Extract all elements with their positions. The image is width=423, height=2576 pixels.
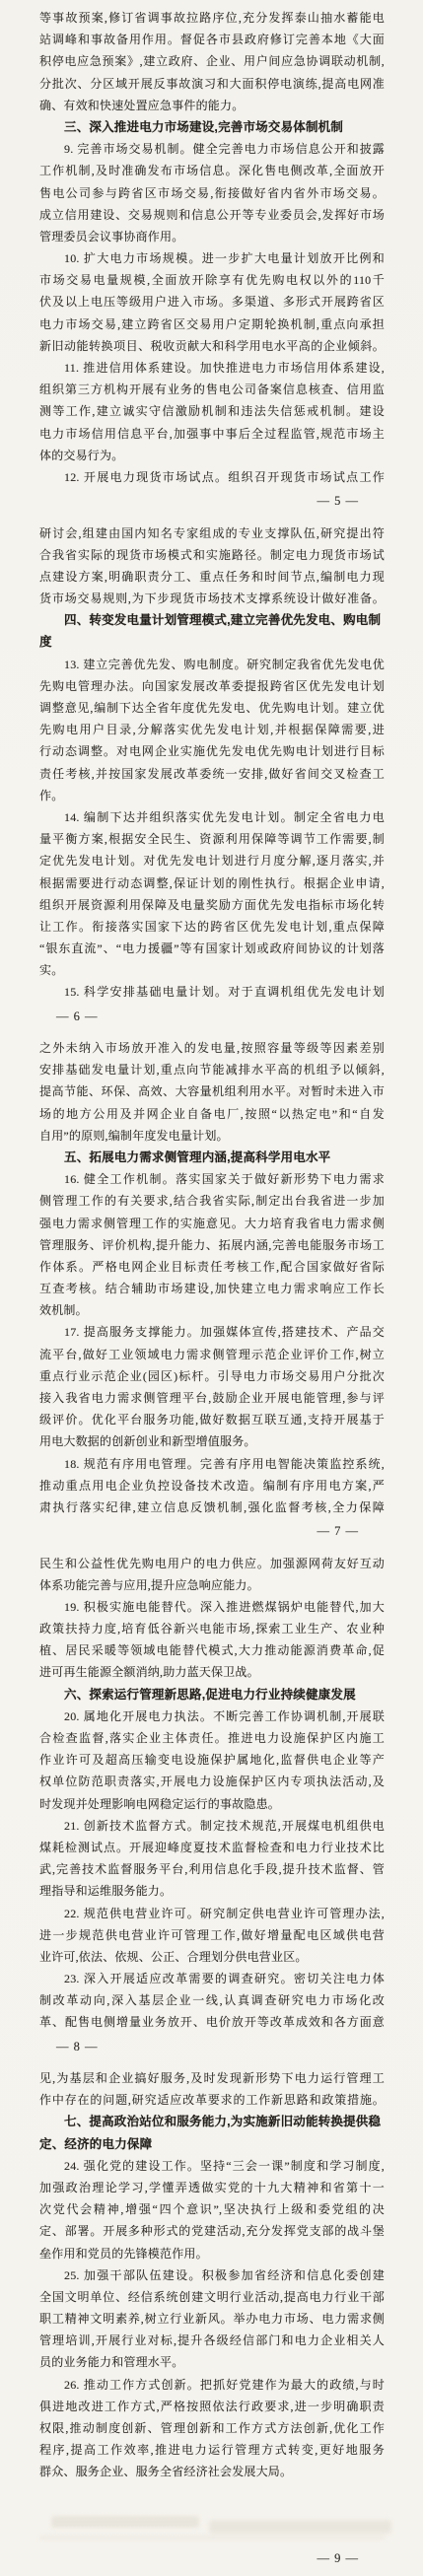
text-line: 站调峰和事故备用作用。督促各市县政府修订完善本地《大面: [39, 29, 385, 50]
text-line: 作业许可及超高压输变电设施保护属地化,监督供电企业等产: [39, 1749, 385, 1771]
text-line: 货市场交易规则,为下步现货市场技术支撑系统设计做好准备。: [39, 588, 385, 609]
text-line: 调整意见,编制下达全省年度优先发电、优先购电计划。建立优: [39, 697, 385, 719]
page-number: — 5 —: [39, 490, 385, 512]
text-line: 权限,推动制度创新、管理创新和工作方式方法创新,优化工作: [39, 2417, 385, 2439]
text-line: 定、部署。开展多种形式的党建活动,充分发挥党支部的战斗堡: [39, 2220, 385, 2242]
paragraph-end-line: 垒作用和党员的先锋模范作用。: [39, 2243, 385, 2264]
paragraph-end-line: 用电大数据的创新创业和新型增值服务。: [39, 1430, 385, 1452]
paragraph-end-line: 实。: [39, 959, 385, 981]
text-line: 先购电管理办法。向国家发展改革委提报跨省区优先发电计划: [39, 675, 385, 697]
text-line: 作中存在的问题,研究适应改革要求的工作新思路和政策措施。: [39, 2089, 385, 2111]
text-line: 定优先发电计划。对优先发电计划进行月度分解,逐月落实,并: [39, 850, 385, 871]
page-number: — 9 —: [39, 2547, 385, 2569]
text-line: 武,完善技术监督服务平台,利用信息化手段,提升技术监督、管: [39, 1858, 385, 1880]
paragraph-end-line: 确、有效和快速处置应急事件的能力。: [39, 95, 385, 116]
section-heading-continuation: 定、经济的电力保障: [39, 2133, 385, 2155]
text-line: 伏及以上电压等级用户进入市场。多渠道、多形式开展跨省区: [39, 291, 385, 313]
text-line: 分批次、分区域开展反事故演习和大面积停电演练,提高电网准: [39, 73, 385, 95]
paragraph-first-line: 25. 加强干部队伍建设。积极参加省经济和信息化委创建: [39, 2264, 385, 2286]
text-line: 民生和公益性优先购电用户的电力供应。加强源网荷友好互动: [39, 1553, 385, 1574]
text-line: 行动态调整。对电网企业实施优先发电优先购电计划进行目标: [39, 740, 385, 762]
paragraph-first-line: 21. 创新技术监督方式。制定技术规范,开展煤电机组供电: [39, 1815, 385, 1837]
paragraph-first-line: 23. 深入开展适应改革需要的调查研究。密切关注电力体: [39, 1968, 385, 1989]
page-number: — 6 —: [39, 1006, 385, 1027]
text-line: 制改革动向,深入基层企业一线,认真调查研究电力市场化改: [39, 1989, 385, 2011]
page-number: — 8 —: [39, 2036, 385, 2057]
text-line: 见,为基层和企业搞好服务,及时发现新形势下电力运行管理工: [39, 2067, 385, 2089]
text-line: 接入我省电力需求侧管理平台,鼓励企业开展电能管理,参与评: [39, 1387, 385, 1409]
text-line: 程序,提高工作效率,推进电力运行管理方式转变,更好地服务: [39, 2439, 385, 2461]
paragraph-first-line: 20. 属地化开展电力执法。不断完善工作协调机制,开展联: [39, 1706, 385, 1727]
text-line: 互查考核。结合辅助市场建设,加快建立电力需求响应工作长: [39, 1278, 385, 1299]
paragraph-end-line: 自用”的原则,编制年度发电量计划。: [39, 1125, 385, 1147]
paragraph-first-line: 18. 规范有序用电管理。完善有序用电智能决策监控系统,: [39, 1453, 385, 1475]
section-heading: 六、探索运行管理新思路,促进电力行业持续健康发展: [39, 1684, 385, 1706]
paragraph-end-line: 管理委员会议事协商作用。: [39, 226, 385, 247]
text-line: 成立信用建设、交易规则和信息公开等专业委员会,发挥好市场: [39, 204, 385, 226]
paragraph-end-line: 理指导和运维服务能力。: [39, 1880, 385, 1902]
paragraph-first-line: 16. 健全工作机制。落实国家关于做好新形势下电力需求: [39, 1168, 385, 1190]
text-line: 之外未纳入市场放开准入的发电量,按照容量等级等因素差别: [39, 1037, 385, 1059]
text-line: 管理培训,开展行业对标,提升各级经信部门和电力企业相关人: [39, 2330, 385, 2351]
text-line: 提高节能、环保、高效、大容量机组利用水平。对暂时未进入市: [39, 1080, 385, 1102]
paragraph-first-line: 22. 规范供电营业许可。研究制定供电营业许可管理办法,: [39, 1903, 385, 1924]
text-line: 俱进地改进工作方式,严格按照依法行政要求,进一步明确职责: [39, 2396, 385, 2417]
paragraph-first-line: 12. 开展电力现货市场试点。组织召开现货市场试点工作: [39, 466, 385, 488]
text-line: 测等工作,建立诚实守信激励机制和违法失信惩戒机制。建设: [39, 400, 385, 422]
text-line: 组织开展资源利用保障及电量奖励方面优先发电指标市场化转: [39, 894, 385, 916]
section-heading: 七、提高政治站位和服务能力,为实施新旧动能转换提供稳: [39, 2111, 385, 2132]
text-line: 等事故预案,修订省调事故拉路序位,充分发挥泰山抽水蓄能电: [39, 7, 385, 29]
page-number: — 7 —: [39, 1520, 385, 1542]
section-heading: 三、深入推进电力市场建设,完善市场交易体制机制: [39, 116, 385, 138]
text-line: 安排基础发电量计划,重点向节能减排水平高的机组予以倾斜,: [39, 1059, 385, 1080]
text-line: 电力市场交易,建立跨省区交易用户定期轮换机制,重点向承担: [39, 313, 385, 335]
paragraph-first-line: 9. 完善市场交易机制。健全完善电力市场信息公开和披露: [39, 138, 385, 160]
text-line: 推动重点用电企业负控设备技术改造。编制有序用电方案,严: [39, 1475, 385, 1497]
text-line: 点建设方案,明确职责分工、重点任务和时间节点,编制电力现: [39, 566, 385, 588]
text-line: 强电力需求侧管理工作的实施意见。大力培育我省电力需求侧: [39, 1213, 385, 1234]
text-line: 全国文明单位、经信系统创建文明行业活动,提高电力行业干部: [39, 2286, 385, 2308]
scanned-document: { "colors": { "paper": "#f5f3ee", "ink":…: [0, 0, 423, 2576]
text-line: 市场交易电量规模,全面放开除享有优先购电权以外的110千: [39, 269, 385, 291]
text-line: 政策扶持力度,培育低谷新兴电能市场,探索工业生产、农业种: [39, 1618, 385, 1639]
text-line: 工作机制,及时准确发布市场信息。深化售电侧改革,全面放开: [39, 160, 385, 181]
text-line: 加强政治理论学习,学懂弄透做实党的十九大精神和省第十一: [39, 2177, 385, 2198]
text-line: 研讨会,组建由国内知名专家组成的专业支撑队伍,研究提出符: [39, 522, 385, 544]
text-line: 权单位防范职责落实,开展电力设施保护区内专项执法活动,及: [39, 1771, 385, 1792]
paragraph-first-line: 13. 建立完善优先发、购电制度。研究制定我省优先发电优: [39, 654, 385, 675]
paragraph-end-line: 业许可,依法、依规、公正、合理划分供电营业区。: [39, 1946, 385, 1968]
text-line: 责任考核,并按国家发展改革委统一安排,做好省间交叉检查工: [39, 763, 385, 785]
paragraph-first-line: 26. 推动工作方式创新。把抓好党建作为最大的政绩,与时: [39, 2374, 385, 2396]
text-line: 场的地方公用及并网企业自备电厂,按照“以热定电”和“自发: [39, 1103, 385, 1125]
document-scan: 等事故预案,修订省调事故拉路序位,充分发挥泰山抽水蓄能电站调峰和事故备用作用。督…: [0, 0, 423, 2576]
text-line: 量平衡方案,根据安全民生、资源利用保障等调节工作需要,制: [39, 828, 385, 850]
text-line: 管理服务、评价机构,提升能力、拓展内涵,完善电能服务市场工: [39, 1234, 385, 1256]
text-line: 侧管理工作的有关要求,结合我省实际,制定出台我省进一步加: [39, 1190, 385, 1212]
paragraph-end-line: 员的业务能力和管理水平。: [39, 2351, 385, 2373]
text-line: 作体系。严格电网企业目标责任考核工作,配合国家做好省际: [39, 1256, 385, 1278]
section-heading-continuation: 度: [39, 631, 385, 653]
text-line: 新旧动能转换项目、税收贡献大和科学用电水平高的企业倾斜。: [39, 335, 385, 357]
text-line: 进一步规范供电营业许可管理工作,做好增量配电区域供电营: [39, 1924, 385, 1946]
paragraph-first-line: 15. 科学安排基础电量计划。对于直调机组优先发电计划: [39, 981, 385, 1003]
text-line: 合我省实际的现货市场模式和实施路径。制定电力现货市场试: [39, 544, 385, 566]
text-line: 植、居民采暖等领域电能替代模式,大力推动能源消费革命,促: [39, 1639, 385, 1661]
text-line: 售电公司参与跨省区市场交易,衔接做好省内省外市场交易。: [39, 182, 385, 204]
text-line: 肃执行落实纪律,建立信息反馈机制,强化监督考核,全力保障: [39, 1497, 385, 1518]
text-line: 合检查监督,落实企业主体责任。推进电力设施保护区内施工: [39, 1727, 385, 1749]
document-page: 之外未纳入市场放开准入的发电量,按照容量等级等因素差别安排基础发电量计划,重点向…: [0, 1037, 423, 1553]
section-heading: 五、拓展电力需求侧管理内涵,提高科学用电水平: [39, 1147, 385, 1168]
text-line: 级评价。优化平台服务功能,做好数据互联互通,支持开展基于: [39, 1409, 385, 1430]
paragraph-first-line: 17. 提高服务支撑能力。加强媒体宣传,搭建技术、产品交: [39, 1321, 385, 1343]
paragraph-first-line: 10. 扩大电力市场规模。进一步扩大电量计划放开比例和: [39, 247, 385, 269]
paragraph-first-line: 19. 积极实施电能替代。深入推进燃煤锅炉电能替代,加大: [39, 1596, 385, 1618]
paragraph-end-line: 体系功能完善与应用,提升应急响应能力。: [39, 1574, 385, 1596]
paragraph-end-line: 群众、服务企业、服务全省经济社会发展大局。: [39, 2461, 385, 2482]
paragraph-end-line: 进可再生能源全额消纳,助力蓝天保卫战。: [39, 1661, 385, 1683]
text-line: 流平台,做好工业领域电力需求侧管理示范企业评价工作,树立: [39, 1344, 385, 1365]
text-line: 革、配售电侧增量业务放开、电价放开等改革成效和各方面意: [39, 2011, 385, 2033]
text-line: 职工精神文明素养,树立行业新风。举办电力市场、电力需求侧: [39, 2308, 385, 2330]
text-line: 煤耗检测试点。开展迎峰度夏技术监督检查和电力行业技术比: [39, 1837, 385, 1858]
text-line: 让工作。衔接落实国家下达的跨省区优先发电计划,重点保障: [39, 916, 385, 938]
paragraph-end-line: 效机制。: [39, 1299, 385, 1321]
document-page: 研讨会,组建由国内知名专家组成的专业支撑队伍,研究提出符合我省实际的现货市场模式…: [0, 522, 423, 1038]
document-page: 见,为基层和企业搞好服务,及时发现新形势下电力运行管理工作中存在的问题,研究适应…: [0, 2067, 423, 2576]
text-line: 积停电应急预案》,建立政府、企业、用户间应急协调联动机制,: [39, 50, 385, 72]
paragraph-end-line: 时发现并处理影响电网稳定运行的事故隐患。: [39, 1793, 385, 1815]
text-line: 电力市场信用信息平台,加强事中事后全过程监管,规范市场主: [39, 423, 385, 445]
text-line: 先购电用户目录,分解落实优先发电计划,并根据保障需要,进: [39, 719, 385, 740]
text-line: 次党代会精神,增强“四个意识”,坚决执行上级和委党组的决: [39, 2198, 385, 2220]
text-line: 组织第三方机构开展有业务的售电公司备案信息核查、信用监: [39, 379, 385, 400]
text-line: “银东直流”、“电力援疆”等有国家计划或政府间协议的计划落: [39, 938, 385, 959]
text-line: 根据需要进行动态调整,保证计划的刚性执行。根据企业申请,: [39, 872, 385, 894]
paragraph-end-line: 体的交易行为。: [39, 445, 385, 466]
text-line: 重点行业示范企业(园区)标杆。引导电力市场交易用户分批次: [39, 1365, 385, 1387]
paragraph-first-line: 11. 推进信用体系建设。加快推进电力市场信用体系建设,: [39, 357, 385, 379]
paragraph-first-line: 14. 编制下达并组织落实优先发电计划。制定全省电力电: [39, 806, 385, 828]
section-heading: 四、转变发电量计划管理模式,建立完善优先发电、购电制: [39, 609, 385, 631]
paragraph-end-line: 作。: [39, 785, 385, 806]
paragraph-first-line: 24. 强化党的建设工作。坚持“三会一课”制度和学习制度,: [39, 2155, 385, 2177]
document-page: 等事故预案,修订省调事故拉路序位,充分发挥泰山抽水蓄能电站调峰和事故备用作用。督…: [0, 7, 423, 522]
document-page: 民生和公益性优先购电用户的电力供应。加强源网荷友好互动体系功能完善与应用,提升应…: [0, 1553, 423, 2068]
